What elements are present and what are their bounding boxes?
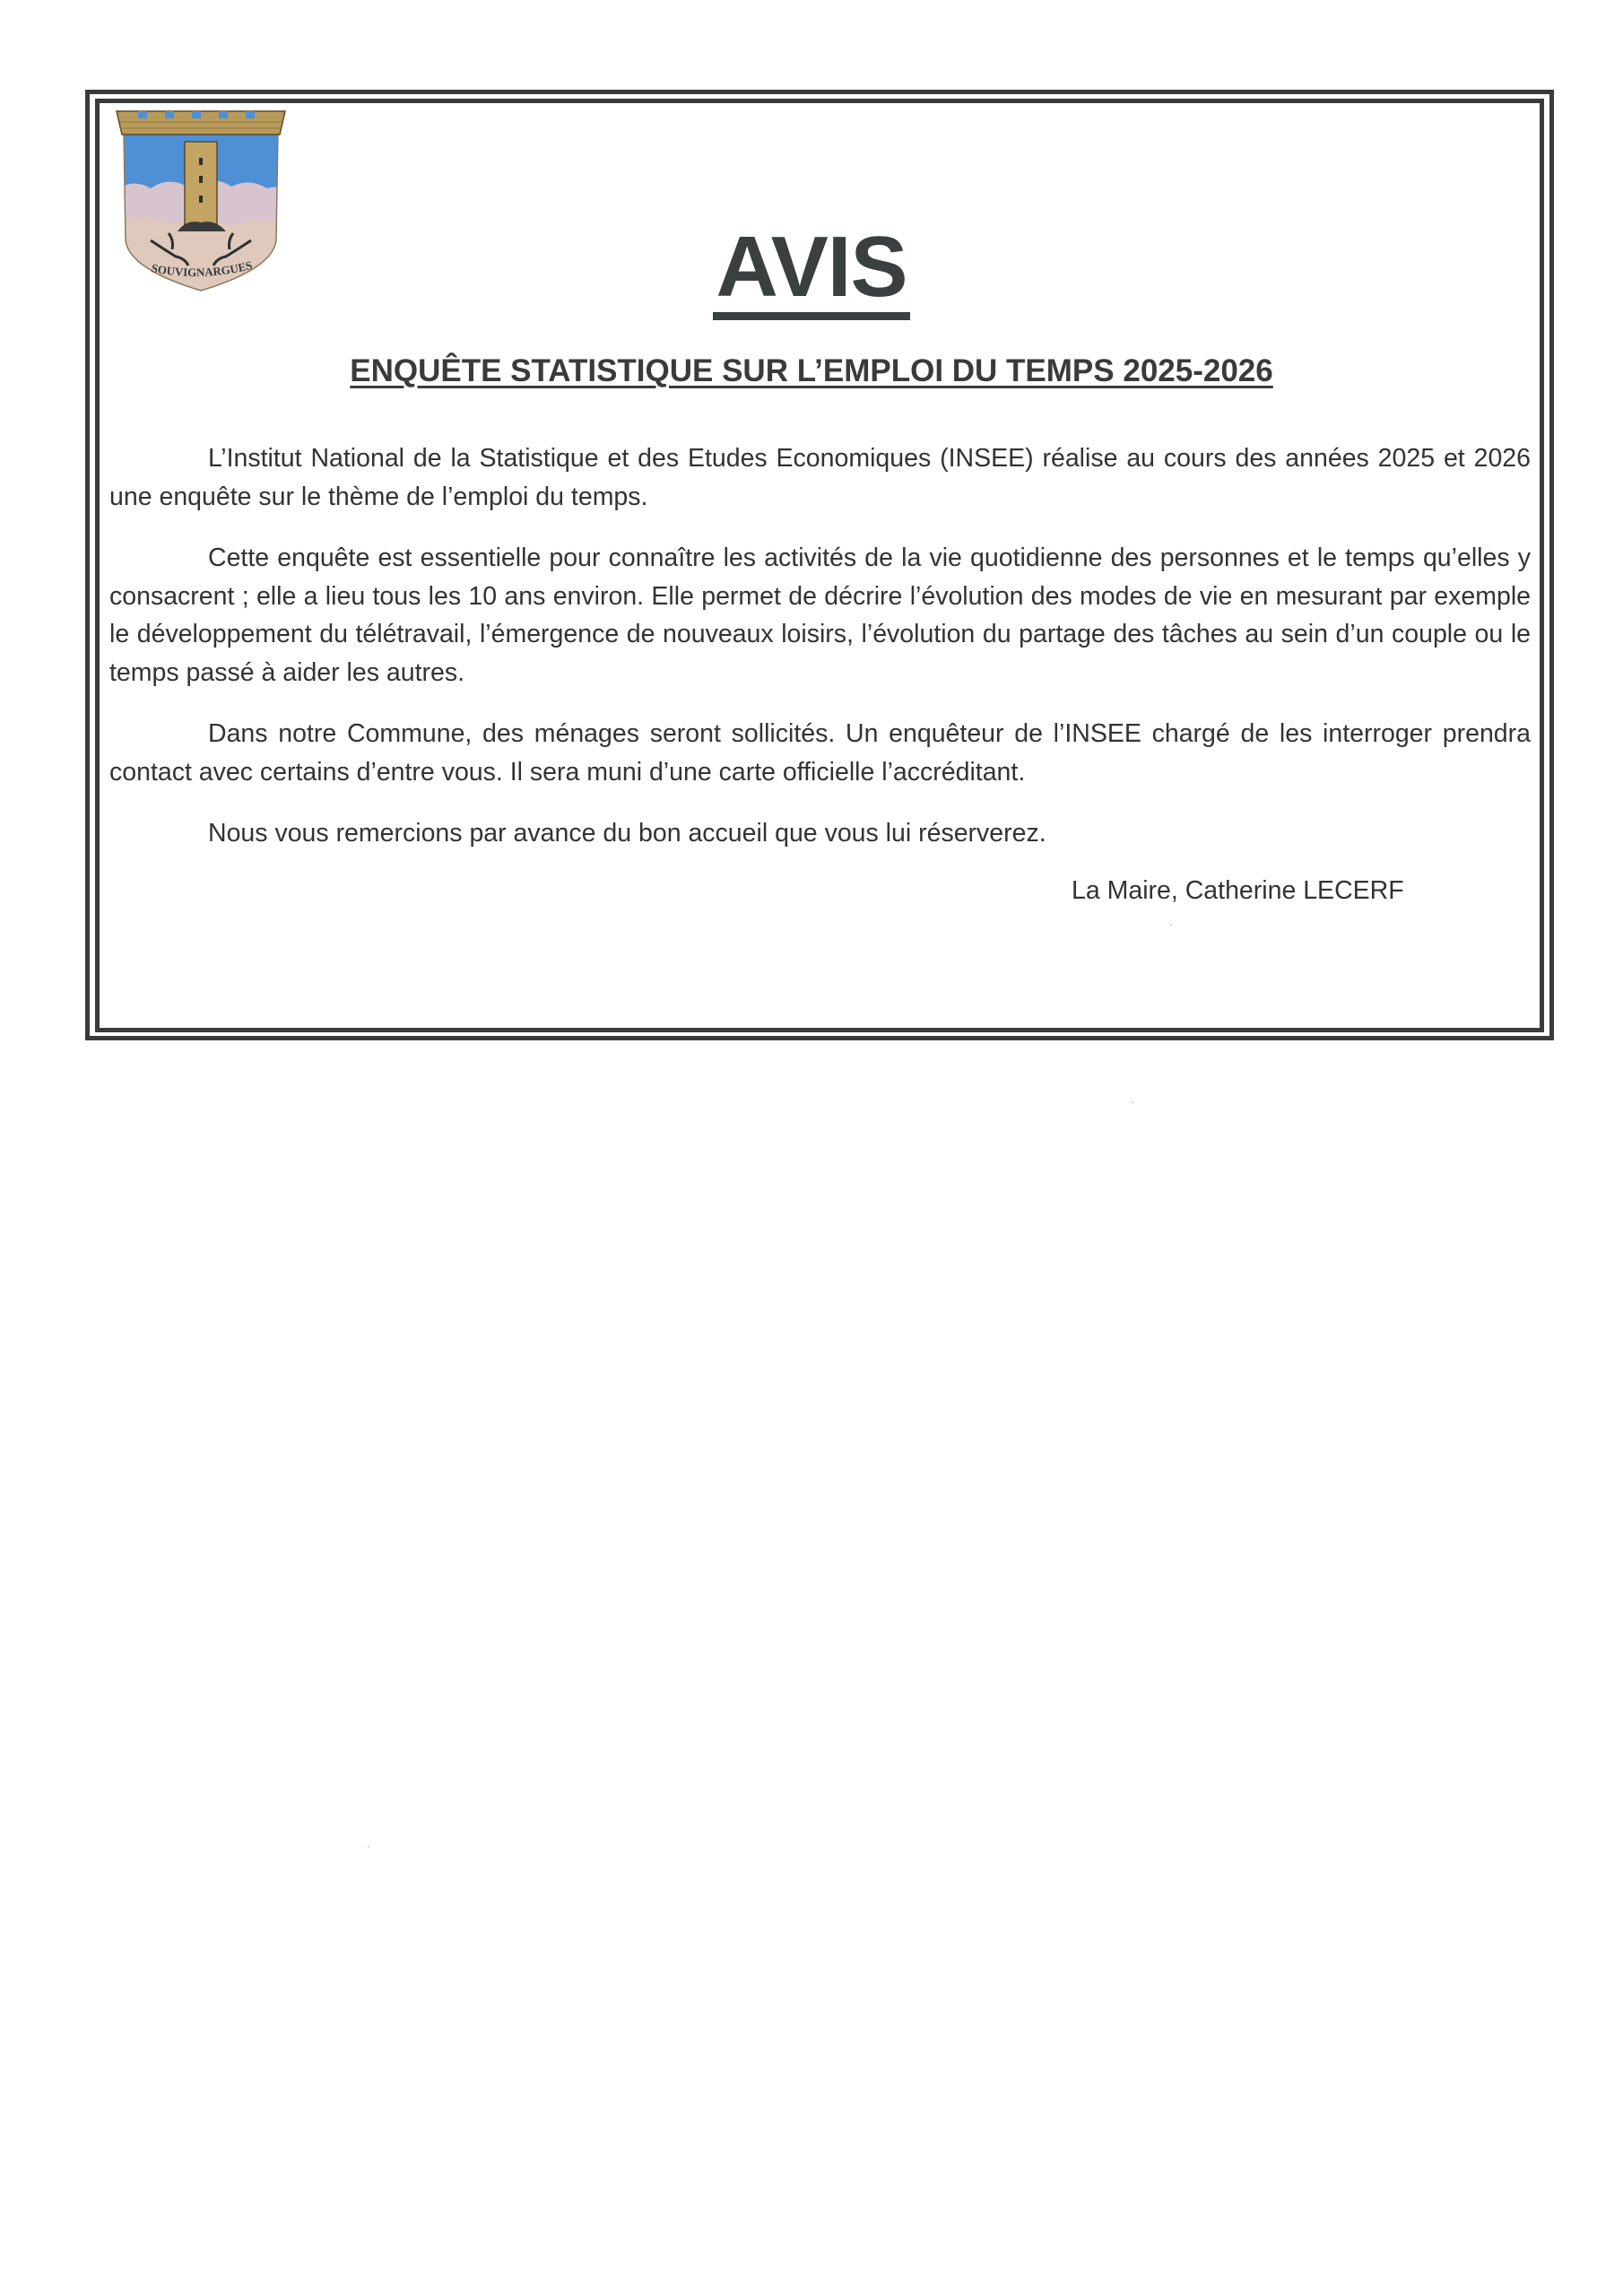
notice-subtitle-text: ENQUÊTE STATISTIQUE SUR L’EMPLOI DU TEMP… — [350, 353, 1272, 388]
paragraph-thanks: Nous vous remercions par avance du bon a… — [109, 814, 1531, 853]
mayor-signature: La Maire, Catherine LECERF — [1072, 872, 1404, 909]
scan-speck — [1132, 1101, 1133, 1103]
notice-subtitle: ENQUÊTE STATISTIQUE SUR L’EMPLOI DU TEMP… — [0, 352, 1623, 391]
paragraph-insee-intro: L’Institut National de la Statistique et… — [109, 439, 1531, 516]
scan-speck — [368, 1846, 369, 1848]
notice-title: AVIS — [0, 222, 1623, 320]
scan-speck — [1170, 924, 1172, 926]
paragraph-survey-purpose: Cette enquête est essentielle pour conna… — [109, 539, 1531, 691]
paragraph-households: Dans notre Commune, des ménages seront s… — [109, 715, 1531, 791]
notice-title-text: AVIS — [713, 222, 911, 320]
notice-body: L’Institut National de la Statistique et… — [109, 439, 1531, 876]
